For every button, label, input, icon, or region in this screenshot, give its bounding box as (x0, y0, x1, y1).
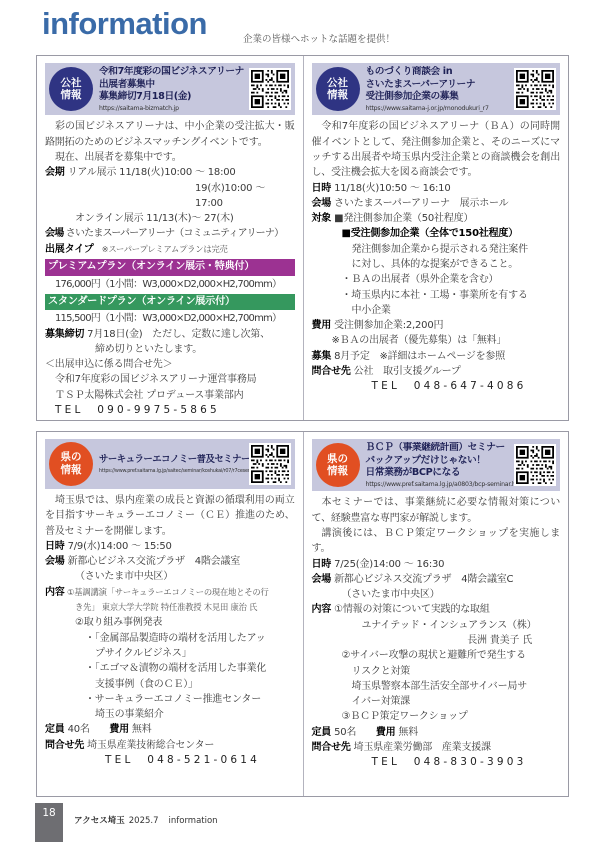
line-label: 定員 (45, 724, 65, 735)
line-label: 出展タイプ (45, 244, 94, 255)
body-line: ・「エゴマ＆漬物の端材を活用した事業化 (45, 661, 295, 676)
section-body: 本セミナーでは、事業継続に必要な情報対策について、経験豊富な専門家が解説します。… (312, 495, 561, 770)
body-line: スタンダードプラン（オンライン展示付） (45, 294, 295, 311)
line-label: 費用 (312, 320, 332, 331)
body-line: 本セミナーでは、事業継続に必要な情報対策について、経験豊富な専門家が解説します。 (312, 495, 561, 526)
body-line: 定員 50名 費用 無料 (312, 725, 561, 740)
body-line: 募集締切 7月18日(金) ただし、定数に達し次第、 (45, 327, 295, 342)
body-line: 会場 さいたまスーパーアリーナ（コミュニティアリーナ） (45, 226, 295, 241)
line-text: に対し、具体的な提案ができること。 (352, 259, 519, 270)
line-text: 令和7年度彩の国ビジネスアリーナ運営事務局 (55, 374, 256, 385)
body-line: ・埼玉県内に本社・工場・事業所を有する (312, 288, 561, 303)
bottom-sections-box: 県の情報 サーキュラーエコノミー普及セミナー https://www.pref.… (36, 431, 569, 797)
line-text: 発注側参加企業から提示される発注案件 (352, 244, 528, 255)
line-text: ※スーパープレミアムプランは完売 (94, 244, 228, 254)
page-title: information (42, 6, 207, 42)
body-line: 日時 7/25(金)14:00 ～ 16:30 (312, 557, 561, 572)
section-title-line: 募集締切7月18日(金) (99, 91, 246, 104)
line-text: 彩の国ビジネスアリーナは、中小企業の受注拡大・販路開拓のためのビジネスマッチング… (45, 121, 295, 147)
line-text: 新都心ビジネス交流プラザ 4階会議室 (65, 556, 240, 567)
line-text: ・「エゴマ＆漬物の端材を活用した事業化 (85, 663, 266, 674)
body-line: ・サーキュラーエコノミー推進センター (45, 692, 295, 707)
body-line: プサイクルビジネス」 (45, 646, 295, 661)
body-line: TEL 090-9975-5865 (45, 403, 295, 418)
line-text: 無料 (129, 724, 152, 735)
body-line: 埼玉県警察本部生活安全部サイバー局サ (312, 679, 561, 694)
section-title: サーキュラーエコノミー普及セミナー (99, 454, 246, 466)
body-line: 対象 ■発注側参加企業（50社程度） (312, 211, 561, 226)
body-line: ※ＢＡの出展者（優先募集）は「無料」 (312, 333, 561, 348)
line-text: 40名 (65, 724, 110, 735)
line-text: ・「金属部品製造時の端材を活用したアッ (85, 633, 266, 644)
line-label: 日時 (45, 541, 65, 552)
section-body: 彩の国ビジネスアリーナは、中小企業の受注拡大・販路開拓のためのビジネスマッチング… (45, 119, 295, 418)
body-line: ユナイテッド・インシュアランス（株） (312, 618, 561, 633)
line-text: 8月予定 ※詳細はホームページを参照 (331, 351, 505, 362)
top-sections-box: 公社情報 令和7年度彩の国ビジネスアリーナ出展者募集中募集締切7月18日(金) … (36, 55, 569, 421)
line-text: オンライン展示 11/13(木)～ 27(木) (75, 213, 234, 224)
body-line: （さいたま市中央区） (312, 587, 561, 602)
line-text: ＜出展申込に係る問合せ先＞ (45, 359, 172, 370)
body-line: 会場 新都心ビジネス交流プラザ 4階会議室C (312, 572, 561, 587)
line-text: 締め切りといたします。 (95, 344, 202, 355)
body-line: 講演後には、ＢＣＰ策定ワークショップを実施します。 (312, 526, 561, 557)
body-line: き先」 東京大学大学院 特任准教授 木見田 康治 氏 (45, 600, 295, 615)
line-text: 支援事例（食のＣＥ）」 (95, 679, 198, 690)
newsletter-page: information 企業の皆様へホットな話題を提供！ 公社情報 令和7年度彩… (0, 0, 595, 842)
line-text: 令和7年度彩の国ビジネスアリーナ（ＢＡ）の同時開催イベントとして、発注側参加企業… (312, 121, 561, 178)
section-title-line: 日常業務がBCPになる (366, 467, 512, 480)
line-text: 無料 (395, 727, 418, 738)
line-label: 会期 (45, 167, 65, 178)
body-line: 費用 受注側参加企業:2,200円 (312, 318, 561, 333)
section-url[interactable]: https://www.pref.saitama.lg.jp/saitec/se… (99, 468, 246, 474)
body-line: ・ＢＡの出展者（県外企業を含む） (312, 272, 561, 287)
line-text: TEL 090-9975-5865 (55, 404, 220, 416)
footer-section-label: information (169, 816, 218, 826)
section-title: ＢＣＰ（事業継続計画）セミナーバックアップだけじゃない！日常業務がBCPになる (366, 442, 512, 480)
section-header: 県の情報 ＢＣＰ（事業継続計画）セミナーバックアップだけじゃない！日常業務がBC… (312, 439, 561, 491)
body-line: 日時 7/9(水)14:00 ～ 15:50 (45, 539, 295, 554)
section-header: 公社情報 令和7年度彩の国ビジネスアリーナ出展者募集中募集締切7月18日(金) … (45, 63, 295, 115)
line-text: TEL 048-830-3903 (372, 756, 527, 768)
section-url[interactable]: https://saitama-bizmatch.jp (99, 105, 246, 112)
ken-info-badge: 県の情報 (316, 443, 360, 487)
section-body: 令和7年度彩の国ビジネスアリーナ（ＢＡ）の同時開催イベントとして、発注側参加企業… (312, 119, 561, 394)
section-title-line: ＢＣＰ（事業継続計画）セミナー (366, 442, 512, 455)
body-line: 定員 40名 費用 無料 (45, 722, 295, 737)
line-text: 公社 取引支援グループ (351, 366, 461, 377)
section-title-line: バックアップだけじゃない！ (366, 455, 512, 468)
line-label: 問合せ先 (312, 742, 351, 753)
section-title-block: ＢＣＰ（事業継続計画）セミナーバックアップだけじゃない！日常業務がBCPになる … (360, 442, 515, 488)
body-line: 彩の国ビジネスアリーナは、中小企業の受注拡大・販路開拓のためのビジネスマッチング… (45, 119, 295, 150)
section-title: 令和7年度彩の国ビジネスアリーナ出展者募集中募集締切7月18日(金) (99, 66, 246, 104)
line-text: ＴＳＰ太陽株式会社 プロデュース事業部内 (55, 390, 243, 401)
line-text: 埼玉県産業技術総合センター (84, 740, 214, 751)
line-text: 中小企業 (352, 305, 391, 316)
line-text: プレミアムプラン（オンライン展示・特典付） (48, 261, 254, 272)
line-label: 問合せ先 (312, 366, 351, 377)
badge-text: 情報 (327, 89, 348, 102)
line-text: さいたまスーパーアリーナ（コミュニティアリーナ） (63, 228, 283, 239)
page-tagline: 企業の皆様へホットな話題を提供！ (243, 31, 395, 45)
line-text: （さいたま市中央区） (75, 571, 173, 582)
body-line: 長洲 貴美子 氏 (312, 633, 561, 648)
body-line: 115,500円（1小間：W3,000×D2,000×H2,700mm） (45, 311, 295, 326)
section-title-block: サーキュラーエコノミー普及セミナー https://www.pref.saita… (93, 454, 249, 474)
line-label: ■受注側参加企業（全体で150社程度） (342, 228, 519, 239)
section-url[interactable]: https://www.pref.saitama.lg.jp/a0803/bcp… (366, 481, 512, 488)
line-text: ③ＢＣＰ策定ワークショップ (342, 711, 468, 722)
line-text: 埼玉県産業労働部 産業支援課 (351, 742, 491, 753)
line-text: 7月18日(金) ただし、定数に達し次第、 (84, 329, 270, 340)
line-label: 費用 (376, 727, 396, 738)
line-text: リアル展示 11/18(火)10:00 ～ 18:00 (65, 167, 236, 178)
body-line: リスクと対策 (312, 664, 561, 679)
section-monodukuri-shodankai: 公社情報 ものづくり商談会 inさいたまスーパーアリーナ受注側参加企業の募集 h… (303, 56, 569, 420)
line-label: 会場 (312, 198, 332, 209)
body-line: イバー対策課 (312, 694, 561, 709)
body-line: 内容 ①情報の対策について実践的な取組 (312, 602, 561, 617)
line-label: 日時 (312, 183, 332, 194)
body-line: 現在、出展者を募集中です。 (45, 150, 295, 165)
body-line: 日時 11/18(火)10:50 ～ 16:10 (312, 181, 561, 196)
line-text: 受注側参加企業:2,200円 (331, 320, 443, 331)
body-line: 令和7年度彩の国ビジネスアリーナ（ＢＡ）の同時開催イベントとして、発注側参加企業… (312, 119, 561, 180)
line-text: 50名 (331, 727, 376, 738)
line-label: 会場 (312, 574, 332, 585)
section-circular-economy-seminar: 県の情報 サーキュラーエコノミー普及セミナー https://www.pref.… (37, 432, 303, 796)
badge-text: 情報 (327, 465, 348, 478)
body-line: ■受注側参加企業（全体で150社程度） (312, 226, 561, 241)
line-text: 11/18(火)10:50 ～ 16:10 (331, 183, 450, 194)
line-label: 募集 (312, 351, 332, 362)
line-text: ・サーキュラーエコノミー推進センター (85, 694, 261, 705)
section-title-line: ものづくり商談会 in (366, 66, 512, 79)
line-text: ②サイバー攻撃の現状と避難所で発生する (342, 650, 526, 661)
section-title-line: 令和7年度彩の国ビジネスアリーナ (99, 66, 246, 79)
line-text: き先」 東京大学大学院 特任准教授 木見田 康治 氏 (75, 602, 257, 612)
line-text: 19(水)10:00 ～ 17:00 (195, 183, 265, 209)
body-line: プレミアムプラン（オンライン展示・特典付） (45, 259, 295, 276)
page-number: 18 (35, 803, 63, 842)
line-text: 7/9(水)14:00 ～ 15:50 (65, 541, 172, 552)
line-label: 会場 (45, 556, 65, 567)
section-url[interactable]: https://www.saitama-j.or.jp/monodukuri_r… (366, 105, 512, 112)
line-text: 7/25(金)14:00 ～ 16:30 (331, 559, 444, 570)
section-title-line: サーキュラーエコノミー普及セミナー (99, 454, 246, 466)
body-line: ③ＢＣＰ策定ワークショップ (312, 709, 561, 724)
section-header: 県の情報 サーキュラーエコノミー普及セミナー https://www.pref.… (45, 439, 295, 489)
body-line: TEL 048-830-3903 (312, 755, 561, 770)
body-line: 会場 さいたまスーパーアリーナ 展示ホール (312, 196, 561, 211)
line-text: 現在、出展者を募集中です。 (55, 152, 182, 163)
line-label: 費用 (109, 724, 129, 735)
body-line: ＴＳＰ太陽株式会社 プロデュース事業部内 (45, 388, 295, 403)
line-text: ※ＢＡの出展者（優先募集）は「無料」 (332, 335, 507, 346)
line-label: 対象 (312, 213, 332, 224)
line-text: リスクと対策 (352, 666, 411, 677)
badge-text: 情報 (61, 89, 82, 102)
section-bcp-seminar: 県の情報 ＢＣＰ（事業継続計画）セミナーバックアップだけじゃない！日常業務がBC… (303, 432, 569, 796)
body-line: 19(水)10:00 ～ 17:00 (45, 181, 295, 212)
line-label: 会場 (45, 228, 63, 239)
body-line: に対し、具体的な提案ができること。 (312, 257, 561, 272)
body-line: 176,000円（1小間：W3,000×D2,000×H2,700mm） (45, 277, 295, 292)
section-title-line: 受注側参加企業の募集 (366, 91, 512, 104)
qr-code-icon (249, 68, 291, 110)
issue-date: 2025.7 (129, 816, 159, 826)
line-label: 問合せ先 (45, 740, 84, 751)
body-line: 問合せ先 埼玉県産業労働部 産業支援課 (312, 740, 561, 755)
line-text: 115,500円（1小間：W3,000×D2,000×H2,700mm） (55, 313, 281, 324)
line-text: 講演後には、ＢＣＰ策定ワークショップを実施します。 (312, 528, 561, 554)
line-text: イバー対策課 (352, 696, 411, 707)
section-header: 公社情報 ものづくり商談会 inさいたまスーパーアリーナ受注側参加企業の募集 h… (312, 63, 561, 115)
body-line: 募集 8月予定 ※詳細はホームページを参照 (312, 349, 561, 364)
body-line: TEL 048-521-0614 (45, 753, 295, 768)
line-text: 埼玉県警察本部生活安全部サイバー局サ (352, 681, 528, 692)
line-label: 定員 (312, 727, 332, 738)
line-text: ・埼玉県内に本社・工場・事業所を有する (342, 290, 528, 301)
line-label: 内容 (312, 604, 332, 615)
body-line: 会期 リアル展示 11/18(火)10:00 ～ 18:00 (45, 165, 295, 180)
body-line: 埼玉の事業紹介 (45, 707, 295, 722)
body-line: ＜出展申込に係る問合せ先＞ (45, 357, 295, 372)
line-text: 埼玉の事業紹介 (95, 709, 164, 720)
line-text: ①基調講演「サーキュラーエコノミーの現在地とその行 (65, 587, 269, 597)
ken-info-badge: 県の情報 (49, 442, 93, 486)
footer-meta: アクセス埼玉2025.7information (74, 814, 218, 826)
line-text: （さいたま市中央区） (342, 589, 440, 600)
body-line: オンライン展示 11/13(木)～ 27(木) (45, 211, 295, 226)
publication-name: アクセス埼玉 (74, 816, 125, 826)
line-label: 内容 (45, 587, 65, 598)
badge-text: 県の (61, 451, 82, 464)
line-text: 本セミナーでは、事業継続に必要な情報対策について、経験豊富な専門家が解説します。 (312, 497, 561, 523)
line-text: ②取り組み事例発表 (75, 617, 162, 628)
line-text: TEL 048-647-4086 (372, 380, 527, 392)
body-line: 発注側参加企業から提示される発注案件 (312, 242, 561, 257)
qr-code-icon (249, 443, 291, 485)
body-line: TEL 048-647-4086 (312, 379, 561, 394)
section-title: ものづくり商談会 inさいたまスーパーアリーナ受注側参加企業の募集 (366, 66, 512, 104)
line-label: 日時 (312, 559, 332, 570)
line-text: さいたまスーパーアリーナ 展示ホール (331, 198, 508, 209)
body-line: 出展タイプ ※スーパープレミアムプランは完売 (45, 242, 295, 257)
badge-text: 県の (327, 453, 348, 466)
body-line: 埼玉県では、県内産業の成長と資源の循環利用の両立を目指すサーキュラーエコノミー（… (45, 493, 295, 539)
line-text: ・ＢＡの出展者（県外企業を含む） (342, 274, 499, 285)
line-text: TEL 048-521-0614 (105, 754, 260, 766)
body-line: 支援事例（食のＣＥ）」 (45, 677, 295, 692)
body-line: （さいたま市中央区） (45, 569, 295, 584)
body-line: 締め切りといたします。 (45, 342, 295, 357)
line-text: ユナイテッド・インシュアランス（株） (362, 620, 537, 631)
line-text: プサイクルビジネス」 (95, 648, 192, 659)
section-title-block: 令和7年度彩の国ビジネスアリーナ出展者募集中募集締切7月18日(金) https… (93, 66, 249, 112)
body-line: ②サイバー攻撃の現状と避難所で発生する (312, 648, 561, 663)
body-line: 会場 新都心ビジネス交流プラザ 4階会議室 (45, 554, 295, 569)
line-text: 新都心ビジネス交流プラザ 4階会議室C (331, 574, 513, 585)
section-business-arena-exhibitors: 公社情報 令和7年度彩の国ビジネスアリーナ出展者募集中募集締切7月18日(金) … (37, 56, 303, 420)
kosha-info-badge: 公社情報 (316, 67, 360, 111)
badge-text: 公社 (327, 77, 348, 90)
line-text: ■発注側参加企業（50社程度） (331, 213, 473, 224)
body-line: 内容 ①基調講演「サーキュラーエコノミーの現在地とその行 (45, 585, 295, 600)
section-title-line: 出展者募集中 (99, 79, 246, 92)
section-title-line: さいたまスーパーアリーナ (366, 79, 512, 92)
qr-code-icon (514, 68, 556, 110)
body-line: 問合せ先 埼玉県産業技術総合センター (45, 738, 295, 753)
line-text: ①情報の対策について実践的な取組 (331, 604, 490, 615)
line-label: 募集締切 (45, 329, 84, 340)
line-text: 埼玉県では、県内産業の成長と資源の循環利用の両立を目指すサーキュラーエコノミー（… (45, 495, 295, 537)
line-text: スタンダードプラン（オンライン展示付） (48, 296, 235, 307)
body-line: ②取り組み事例発表 (45, 615, 295, 630)
section-body: 埼玉県では、県内産業の成長と資源の循環利用の両立を目指すサーキュラーエコノミー（… (45, 493, 295, 768)
body-line: ・「金属部品製造時の端材を活用したアッ (45, 631, 295, 646)
body-line: 問合せ先 公社 取引支援グループ (312, 364, 561, 379)
kosha-info-badge: 公社情報 (49, 67, 93, 111)
body-line: 中小企業 (312, 303, 561, 318)
body-line: 令和7年度彩の国ビジネスアリーナ運営事務局 (45, 372, 295, 387)
badge-text: 公社 (61, 77, 82, 90)
line-text: 長洲 貴美子 氏 (467, 635, 532, 646)
qr-code-icon (514, 444, 556, 486)
badge-text: 情報 (61, 464, 82, 477)
section-title-block: ものづくり商談会 inさいたまスーパーアリーナ受注側参加企業の募集 https:… (360, 66, 515, 112)
line-text: 176,000円（1小間：W3,000×D2,000×H2,700mm） (55, 279, 281, 290)
